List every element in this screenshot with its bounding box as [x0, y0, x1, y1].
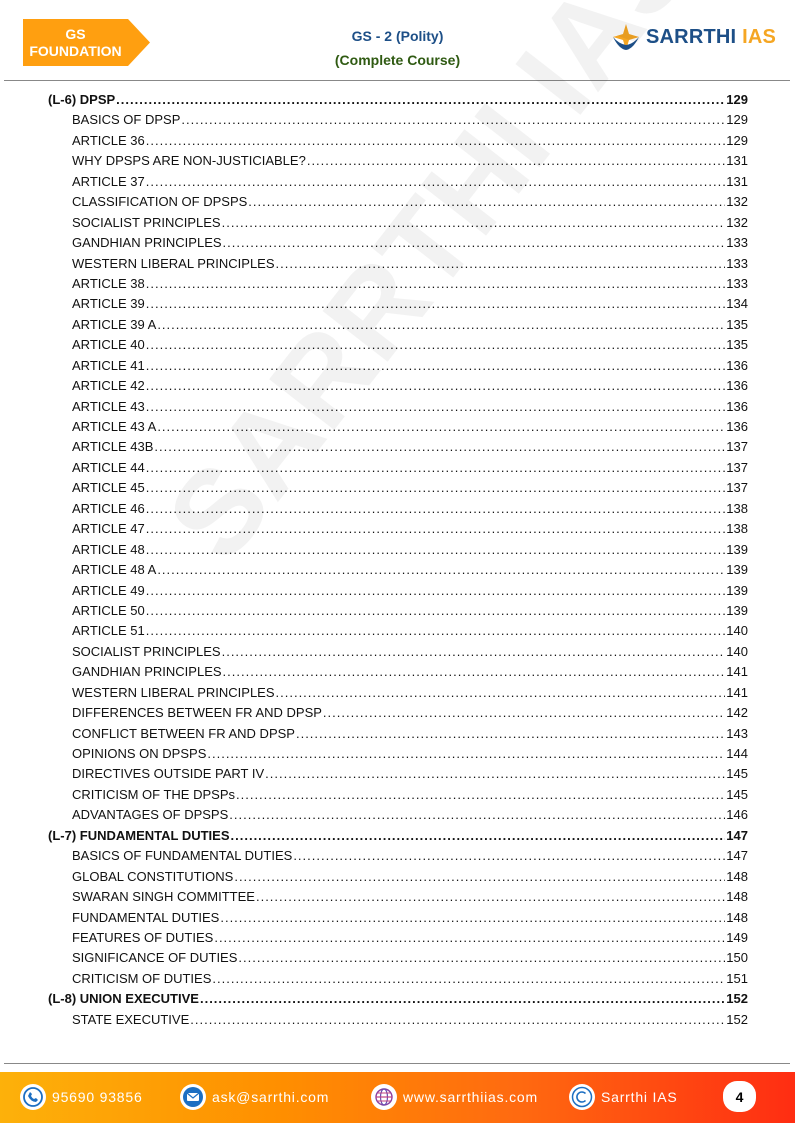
toc-entry-page: 147	[726, 848, 748, 863]
toc-entry-title: BASICS OF DPSP	[72, 112, 180, 127]
footer-copyright: Sarrthi IAS	[569, 1084, 678, 1110]
toc-entry-title: ARTICLE 48 A	[72, 562, 156, 577]
toc-entry-title: ARTICLE 45	[72, 480, 145, 495]
footer-email[interactable]: ask@sarrthi.com	[180, 1084, 329, 1110]
toc-entry-title: ARTICLE 49	[72, 583, 145, 598]
toc-entry-title: CRITICISM OF THE DPSPs	[72, 787, 235, 802]
toc-entry-page: 149	[726, 930, 748, 945]
toc-dot-leader	[146, 276, 726, 291]
toc-entry-page: 141	[726, 664, 748, 679]
toc-dot-leader	[296, 726, 725, 741]
copyright-icon	[569, 1084, 595, 1110]
toc-dot-leader	[146, 358, 726, 373]
toc-entry-title: WESTERN LIBERAL PRINCIPLES	[72, 685, 275, 700]
toc-entry-title: ARTICLE 46	[72, 501, 145, 516]
toc-dot-leader	[146, 603, 726, 618]
sarrthi-logo: SARRTHI IAS	[612, 22, 776, 52]
badge-line2: FOUNDATION	[23, 43, 128, 60]
toc-entry-title: FEATURES OF DUTIES	[72, 930, 213, 945]
toc-entry[interactable]: CLASSIFICATION OF DPSPS132	[48, 194, 748, 214]
toc-entry[interactable]: ARTICLE 40135	[48, 337, 748, 357]
toc-entry[interactable]: ARTICLE 50139	[48, 603, 748, 623]
toc-entry[interactable]: SOCIALIST PRINCIPLES140	[48, 644, 748, 664]
toc-entry-page: 138	[726, 521, 748, 536]
toc-entry-page: 148	[726, 910, 748, 925]
toc-entry-page: 133	[726, 256, 748, 271]
toc-entry-page: 152	[726, 991, 748, 1006]
toc-dot-leader	[307, 153, 725, 168]
toc-dot-leader	[223, 664, 726, 679]
toc-entry-title: ARTICLE 37	[72, 174, 145, 189]
toc-entry[interactable]: OPINIONS ON DPSPS144	[48, 746, 748, 766]
copyright-text: Sarrthi IAS	[601, 1089, 678, 1105]
toc-entry-page: 133	[726, 276, 748, 291]
toc-entry-title: SOCIALIST PRINCIPLES	[72, 644, 221, 659]
toc-entry-page: 139	[726, 583, 748, 598]
footer-divider	[4, 1063, 790, 1064]
toc-entry-page: 139	[726, 562, 748, 577]
toc-entry-page: 135	[726, 337, 748, 352]
toc-dot-leader	[157, 317, 725, 332]
toc-entry-page: 136	[726, 399, 748, 414]
toc-entry-title: SWARAN SINGH COMMITTEE	[72, 889, 255, 904]
title-line1: GS - 2 (Polity)	[290, 27, 505, 45]
toc-entry[interactable]: ARTICLE 43136	[48, 399, 748, 419]
toc-dot-leader	[238, 950, 725, 965]
toc-entry-title: ARTICLE 43B	[72, 439, 153, 454]
toc-dot-leader	[207, 746, 725, 761]
toc-entry-page: 145	[726, 766, 748, 781]
website-url: www.sarrthiias.com	[403, 1089, 538, 1105]
toc-entry-page: 133	[726, 235, 748, 250]
toc-entry-title: ARTICLE 42	[72, 378, 145, 393]
toc-dot-leader	[146, 542, 726, 557]
toc-dot-leader	[154, 439, 725, 454]
toc-entry-title: ARTICLE 44	[72, 460, 145, 475]
table-of-contents: (L-6) DPSP129BASICS OF DPSP129ARTICLE 36…	[48, 92, 748, 1032]
toc-entry-title: ARTICLE 38	[72, 276, 145, 291]
toc-entry-title: ARTICLE 41	[72, 358, 145, 373]
toc-entry-title: WESTERN LIBERAL PRINCIPLES	[72, 256, 275, 271]
toc-entry[interactable]: ARTICLE 41136	[48, 358, 748, 378]
toc-entry-page: 145	[726, 787, 748, 802]
toc-entry[interactable]: STATE EXECUTIVE152	[48, 1012, 748, 1032]
toc-dot-leader	[146, 133, 726, 148]
toc-entry-title: ADVANTAGES OF DPSPS	[72, 807, 228, 822]
toc-entry[interactable]: ARTICLE 49139	[48, 583, 748, 603]
page-header: GS FOUNDATION GS - 2 (Polity) (Complete …	[0, 0, 795, 70]
toc-entry-title: ARTICLE 39 A	[72, 317, 156, 332]
toc-entry-title: (L-7) FUNDAMENTAL DUTIES	[48, 828, 230, 843]
toc-dot-leader	[265, 766, 725, 781]
toc-entry[interactable]: BASICS OF DPSP129	[48, 112, 748, 132]
toc-dot-leader	[222, 644, 726, 659]
toc-entry[interactable]: ARTICLE 46138	[48, 501, 748, 521]
toc-entry-title: SOCIALIST PRINCIPLES	[72, 215, 221, 230]
toc-dot-leader	[146, 399, 726, 414]
toc-entry[interactable]: ARTICLE 37131	[48, 174, 748, 194]
toc-dot-leader	[146, 296, 726, 311]
toc-entry-page: 138	[726, 501, 748, 516]
toc-entry-page: 131	[726, 153, 748, 168]
toc-entry-page: 151	[726, 971, 748, 986]
toc-entry-title: DIRECTIVES OUTSIDE PART IV	[72, 766, 264, 781]
phone-icon	[20, 1084, 46, 1110]
toc-entry[interactable]: BASICS OF FUNDAMENTAL DUTIES147	[48, 848, 748, 868]
toc-entry-page: 143	[726, 726, 748, 741]
toc-entry-title: ARTICLE 48	[72, 542, 145, 557]
toc-entry-title: (L-8) UNION EXECUTIVE	[48, 991, 199, 1006]
footer-phone[interactable]: 95690 93856	[20, 1084, 143, 1110]
toc-entry[interactable]: ADVANTAGES OF DPSPS146	[48, 807, 748, 827]
toc-entry-page: 140	[726, 623, 748, 638]
toc-entry-page: 152	[726, 1012, 748, 1027]
toc-entry[interactable]: WESTERN LIBERAL PRINCIPLES133	[48, 256, 748, 276]
toc-entry-title: CLASSIFICATION OF DPSPS	[72, 194, 247, 209]
email-address: ask@sarrthi.com	[212, 1089, 329, 1105]
page-footer: 95690 93856 ask@sarrthi.com www.sarrthii…	[0, 1072, 795, 1123]
toc-chapter-entry[interactable]: (L-7) FUNDAMENTAL DUTIES147	[48, 828, 748, 848]
phone-number: 95690 93856	[52, 1089, 143, 1105]
toc-entry-page: 132	[726, 215, 748, 230]
toc-dot-leader	[293, 848, 725, 863]
toc-entry-page: 147	[726, 828, 748, 843]
toc-entry-title: CONFLICT BETWEEN FR AND DPSP	[72, 726, 295, 741]
document-title: GS - 2 (Polity) (Complete Course)	[290, 27, 505, 69]
page-number: 4	[723, 1081, 756, 1112]
toc-entry-page: 136	[726, 419, 748, 434]
toc-entry-title: STATE EXECUTIVE	[72, 1012, 189, 1027]
toc-entry[interactable]: ARTICLE 51140	[48, 623, 748, 643]
toc-dot-leader	[181, 112, 725, 127]
toc-entry-page: 129	[726, 112, 748, 127]
toc-entry-title: ARTICLE 36	[72, 133, 145, 148]
toc-entry-title: BASICS OF FUNDAMENTAL DUTIES	[72, 848, 292, 863]
toc-dot-leader	[231, 828, 726, 843]
toc-entry[interactable]: ARTICLE 43B137	[48, 439, 748, 459]
toc-dot-leader	[256, 889, 725, 904]
toc-entry-page: 137	[726, 460, 748, 475]
toc-dot-leader	[116, 92, 725, 107]
toc-entry-page: 142	[726, 705, 748, 720]
toc-entry[interactable]: ARTICLE 44137	[48, 460, 748, 480]
toc-entry[interactable]: GLOBAL CONSTITUTIONS148	[48, 869, 748, 889]
toc-entry-title: ARTICLE 51	[72, 623, 145, 638]
toc-dot-leader	[223, 235, 726, 250]
toc-entry-page: 150	[726, 950, 748, 965]
toc-entry-title: (L-6) DPSP	[48, 92, 115, 107]
toc-entry[interactable]: WHY DPSPS ARE NON-JUSTICIABLE?131	[48, 153, 748, 173]
toc-dot-leader	[146, 460, 726, 475]
toc-entry[interactable]: SOCIALIST PRINCIPLES132	[48, 215, 748, 235]
toc-entry-title: SIGNIFICANCE OF DUTIES	[72, 950, 237, 965]
toc-entry[interactable]: FUNDAMENTAL DUTIES148	[48, 910, 748, 930]
globe-icon	[371, 1084, 397, 1110]
toc-chapter-entry[interactable]: (L-8) UNION EXECUTIVE152	[48, 991, 748, 1011]
toc-dot-leader	[146, 521, 726, 536]
toc-dot-leader	[200, 991, 725, 1006]
toc-entry-page: 129	[726, 133, 748, 148]
gs-foundation-badge: GS FOUNDATION	[23, 19, 150, 66]
logo-text-sarrthi: SARRTHI	[646, 26, 736, 48]
toc-entry[interactable]: ARTICLE 39 A135	[48, 317, 748, 337]
toc-entry-page: 139	[726, 603, 748, 618]
toc-entry-page: 148	[726, 869, 748, 884]
star-logo-icon	[612, 23, 640, 51]
toc-dot-leader	[190, 1012, 725, 1027]
toc-entry[interactable]: ARTICLE 36129	[48, 133, 748, 153]
toc-entry-page: 136	[726, 378, 748, 393]
toc-dot-leader	[276, 685, 726, 700]
toc-entry[interactable]: SIGNIFICANCE OF DUTIES150	[48, 950, 748, 970]
toc-dot-leader	[220, 910, 725, 925]
toc-entry-title: CRITICISM OF DUTIES	[72, 971, 211, 986]
toc-entry-title: ARTICLE 43	[72, 399, 145, 414]
toc-entry-page: 144	[726, 746, 748, 761]
toc-entry-title: GANDHIAN PRINCIPLES	[72, 235, 222, 250]
toc-dot-leader	[146, 501, 726, 516]
toc-entry[interactable]: ARTICLE 39134	[48, 296, 748, 316]
toc-entry-page: 131	[726, 174, 748, 189]
toc-entry-title: OPINIONS ON DPSPS	[72, 746, 206, 761]
toc-dot-leader	[146, 174, 726, 189]
toc-dot-leader	[234, 869, 725, 884]
toc-entry[interactable]: SWARAN SINGH COMMITTEE148	[48, 889, 748, 909]
toc-entry-title: ARTICLE 39	[72, 296, 145, 311]
toc-entry[interactable]: CRITICISM OF THE DPSPs145	[48, 787, 748, 807]
toc-entry-title: ARTICLE 40	[72, 337, 145, 352]
toc-entry-page: 137	[726, 480, 748, 495]
toc-dot-leader	[146, 378, 726, 393]
toc-entry[interactable]: ARTICLE 48139	[48, 542, 748, 562]
toc-entry[interactable]: ARTICLE 43 A136	[48, 419, 748, 439]
badge-line1: GS	[23, 26, 128, 43]
toc-entry-page: 132	[726, 194, 748, 209]
toc-entry-title: WHY DPSPS ARE NON-JUSTICIABLE?	[72, 153, 306, 168]
toc-dot-leader	[212, 971, 725, 986]
toc-entry[interactable]: ARTICLE 47138	[48, 521, 748, 541]
toc-dot-leader	[276, 256, 726, 271]
title-line2: (Complete Course)	[290, 51, 505, 69]
toc-entry-title: FUNDAMENTAL DUTIES	[72, 910, 219, 925]
toc-entry-title: GANDHIAN PRINCIPLES	[72, 664, 222, 679]
toc-dot-leader	[146, 480, 726, 495]
toc-entry-title: GLOBAL CONSTITUTIONS	[72, 869, 233, 884]
toc-entry[interactable]: ARTICLE 48 A139	[48, 562, 748, 582]
toc-entry-page: 137	[726, 439, 748, 454]
header-divider	[4, 80, 790, 81]
toc-dot-leader	[146, 623, 726, 638]
mail-icon	[180, 1084, 206, 1110]
toc-entry[interactable]: FEATURES OF DUTIES149	[48, 930, 748, 950]
toc-entry-title: ARTICLE 50	[72, 603, 145, 618]
toc-entry[interactable]: DIRECTIVES OUTSIDE PART IV145	[48, 766, 748, 786]
toc-entry[interactable]: GANDHIAN PRINCIPLES141	[48, 664, 748, 684]
toc-entry-page: 139	[726, 542, 748, 557]
toc-dot-leader	[323, 705, 725, 720]
toc-dot-leader	[229, 807, 725, 822]
toc-dot-leader	[248, 194, 725, 209]
toc-dot-leader	[157, 562, 725, 577]
toc-dot-leader	[236, 787, 725, 802]
toc-entry-page: 129	[726, 92, 748, 107]
toc-entry[interactable]: DIFFERENCES BETWEEN FR AND DPSP142	[48, 705, 748, 725]
toc-entry-page: 148	[726, 889, 748, 904]
footer-website[interactable]: www.sarrthiias.com	[371, 1084, 538, 1110]
toc-entry[interactable]: ARTICLE 38133	[48, 276, 748, 296]
toc-entry[interactable]: CRITICISM OF DUTIES151	[48, 971, 748, 991]
toc-entry-page: 146	[726, 807, 748, 822]
toc-entry-title: ARTICLE 43 A	[72, 419, 156, 434]
toc-entry-page: 134	[726, 296, 748, 311]
toc-entry[interactable]: ARTICLE 42136	[48, 378, 748, 398]
toc-entry-title: DIFFERENCES BETWEEN FR AND DPSP	[72, 705, 322, 720]
toc-dot-leader	[146, 337, 726, 352]
toc-dot-leader	[157, 419, 725, 434]
toc-entry[interactable]: WESTERN LIBERAL PRINCIPLES141	[48, 685, 748, 705]
toc-entry-page: 141	[726, 685, 748, 700]
toc-entry[interactable]: GANDHIAN PRINCIPLES133	[48, 235, 748, 255]
toc-dot-leader	[214, 930, 725, 945]
toc-dot-leader	[222, 215, 726, 230]
toc-entry-page: 136	[726, 358, 748, 373]
toc-chapter-entry[interactable]: (L-6) DPSP129	[48, 92, 748, 112]
toc-entry[interactable]: ARTICLE 45137	[48, 480, 748, 500]
toc-entry-page: 140	[726, 644, 748, 659]
toc-dot-leader	[146, 583, 726, 598]
logo-text-ias: IAS	[742, 26, 776, 48]
toc-entry[interactable]: CONFLICT BETWEEN FR AND DPSP143	[48, 726, 748, 746]
toc-entry-title: ARTICLE 47	[72, 521, 145, 536]
toc-entry-page: 135	[726, 317, 748, 332]
